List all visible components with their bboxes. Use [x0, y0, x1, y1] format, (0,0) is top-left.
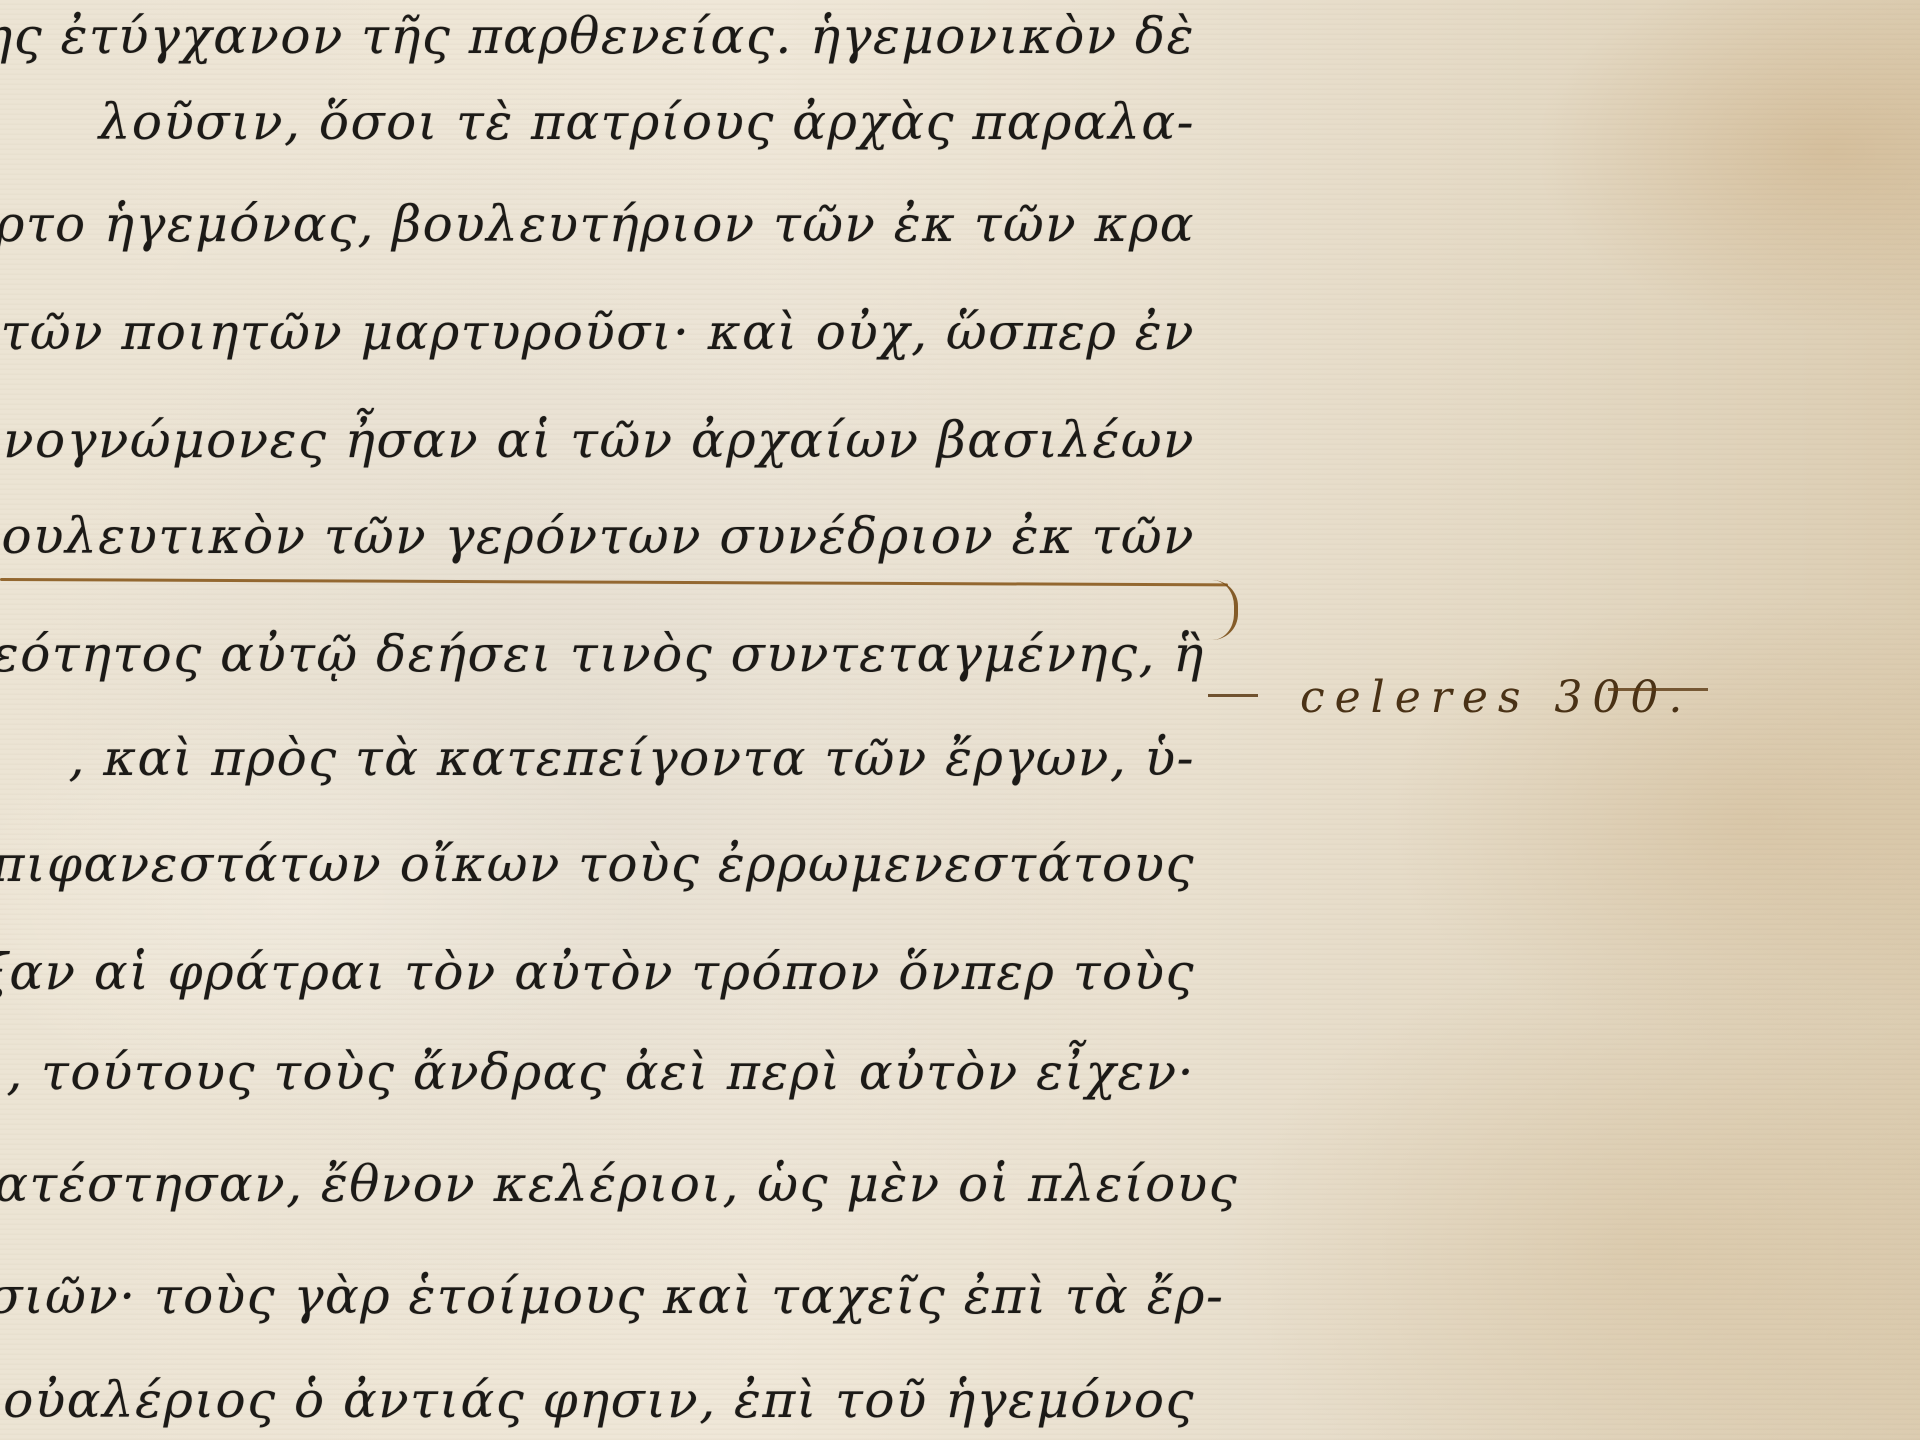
manuscript-line-5: νογνώμονες ἦσαν αἱ τῶν ἀρχαίων βασιλέων — [0, 398, 1195, 482]
manuscript-line-13: εσιῶν· τοὺς γὰρ ἑτοίμους καὶ ταχεῖς ἐπὶ … — [0, 1254, 1195, 1338]
marginal-annotation: celeres 300. — [1300, 672, 1692, 723]
manuscript-line-14: οὐαλέριος ὁ ἀντιάς φησιν, ἐπὶ τοῦ ἡγεμόν… — [0, 1358, 1195, 1440]
margin-pointer-dash — [1208, 694, 1258, 697]
margin-bracket — [1212, 580, 1238, 640]
manuscript-line-8: , καὶ πρὸς τὰ κατεπείγοντα τῶν ἔργων, ὑ- — [0, 716, 1195, 800]
numeral-overline — [1608, 688, 1708, 691]
manuscript-line-11: , τούτους τοὺς ἄνδρας ἀεὶ περὶ αὐτὸν εἶχ… — [0, 1030, 1195, 1114]
manuscript-line-3: ρτο ἡγεμόνας, βουλευτήριον τῶν ἐκ τῶν κρ… — [0, 182, 1195, 266]
manuscript-line-7: νεότητος αὐτῷ δεήσει τινὸς συντεταγμένης… — [0, 612, 1195, 696]
manuscript-line-9: ἐπιφανεστάτων οἴκων τοὺς ἐρρωμενεστάτους — [0, 822, 1195, 906]
manuscript-line-1: ης ἐτύγχανον τῆς παρθενείας. ἡγεμονικὸν … — [0, 0, 1195, 78]
manuscript-line-2: λοῦσιν, ὅσοι τὲ πατρίους ἀρχὰς παραλα- — [0, 80, 1195, 164]
brown-ink-underline — [0, 578, 1228, 586]
manuscript-line-4: τῶν ποιητῶν μαρτυροῦσι· καὶ οὐχ, ὥσπερ ἐ… — [0, 290, 1195, 374]
manuscript-line-10: ξαν αἱ φράτραι τὸν αὐτὸν τρόπον ὅνπερ το… — [0, 930, 1195, 1014]
manuscript-line-12: κατέστησαν, ἔθνον κελέριοι, ὡς μὲν οἱ πλ… — [0, 1142, 1195, 1226]
manuscript-line-6: βουλευτικὸν τῶν γερόντων συνέδριον ἐκ τῶ… — [0, 494, 1195, 578]
